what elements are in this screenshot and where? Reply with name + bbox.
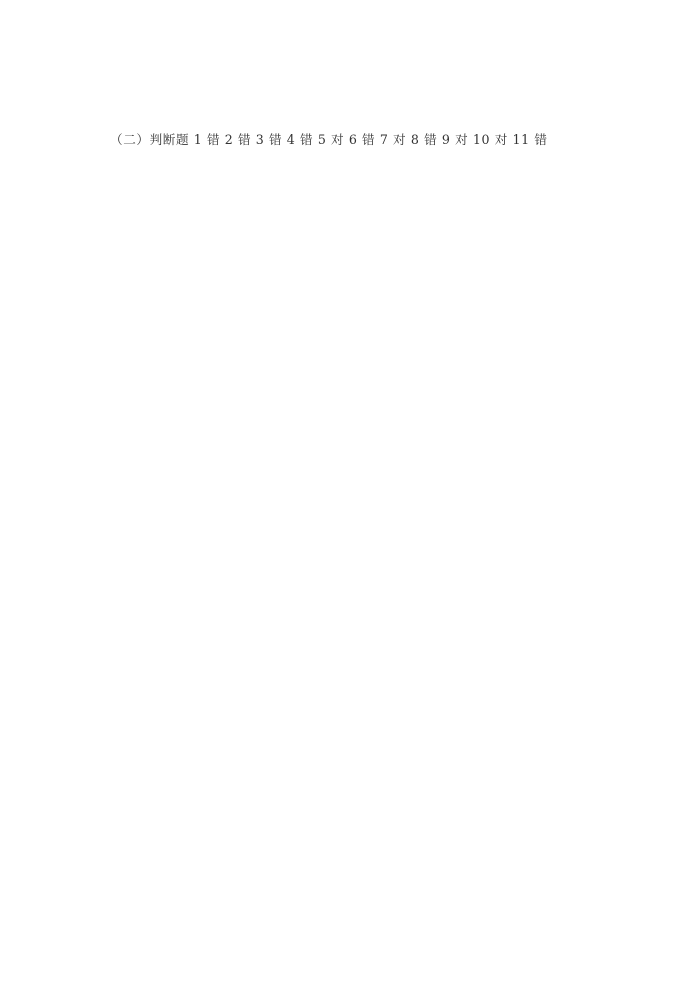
judgement-answers: （二）判断题 1 错 2 错 3 错 4 错 5 对 6 错 7 对 8 错 9… [110,131,588,149]
document-page: （二）判断题 1 错 2 错 3 错 4 错 5 对 6 错 7 对 8 错 9… [0,0,695,984]
